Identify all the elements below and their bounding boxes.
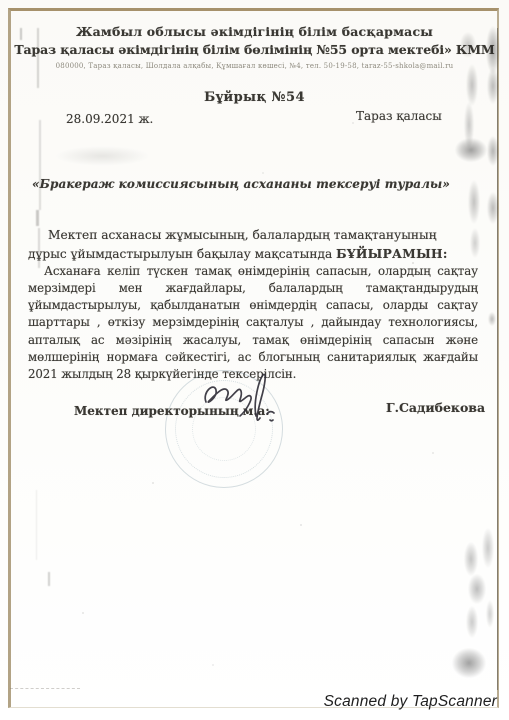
order-city: Тараз қаласы bbox=[356, 109, 442, 123]
handwritten-signature bbox=[196, 370, 280, 430]
tapscanner-watermark: Scanned by TapScanner bbox=[324, 693, 497, 711]
org-address-line: 080000, Тараз қаласы, Шолдала алқабы, Құ… bbox=[0, 62, 509, 70]
order-subject: «Бракераж комиссиясының асхананы тексеру… bbox=[32, 177, 450, 191]
org-header-line2: Тараз қаласы әкімдігінің білім бөлімінің… bbox=[0, 42, 509, 57]
scanned-document-page: Жамбыл облысы әкімдігінің білім басқарма… bbox=[0, 0, 509, 720]
order-date: 28.09.2021 ж. bbox=[66, 112, 153, 126]
order-body-paragraph: Асханаға келіп түскен тамақ өнімдерінің … bbox=[28, 263, 478, 383]
order-title: Бұйрық №54 bbox=[0, 90, 509, 105]
intro-bold-word: БҰЙЫРАМЫН: bbox=[336, 247, 448, 261]
bottom-edge-dashes bbox=[10, 688, 80, 689]
intro-paragraph: Мектеп асханасы жұмысының, балалардың та… bbox=[28, 226, 460, 264]
paper-noise-speckles bbox=[0, 0, 2, 2]
org-header-line1: Жамбыл облысы әкімдігінің білім басқарма… bbox=[0, 24, 509, 39]
signatory-name: Г.Садибекова bbox=[386, 400, 485, 415]
